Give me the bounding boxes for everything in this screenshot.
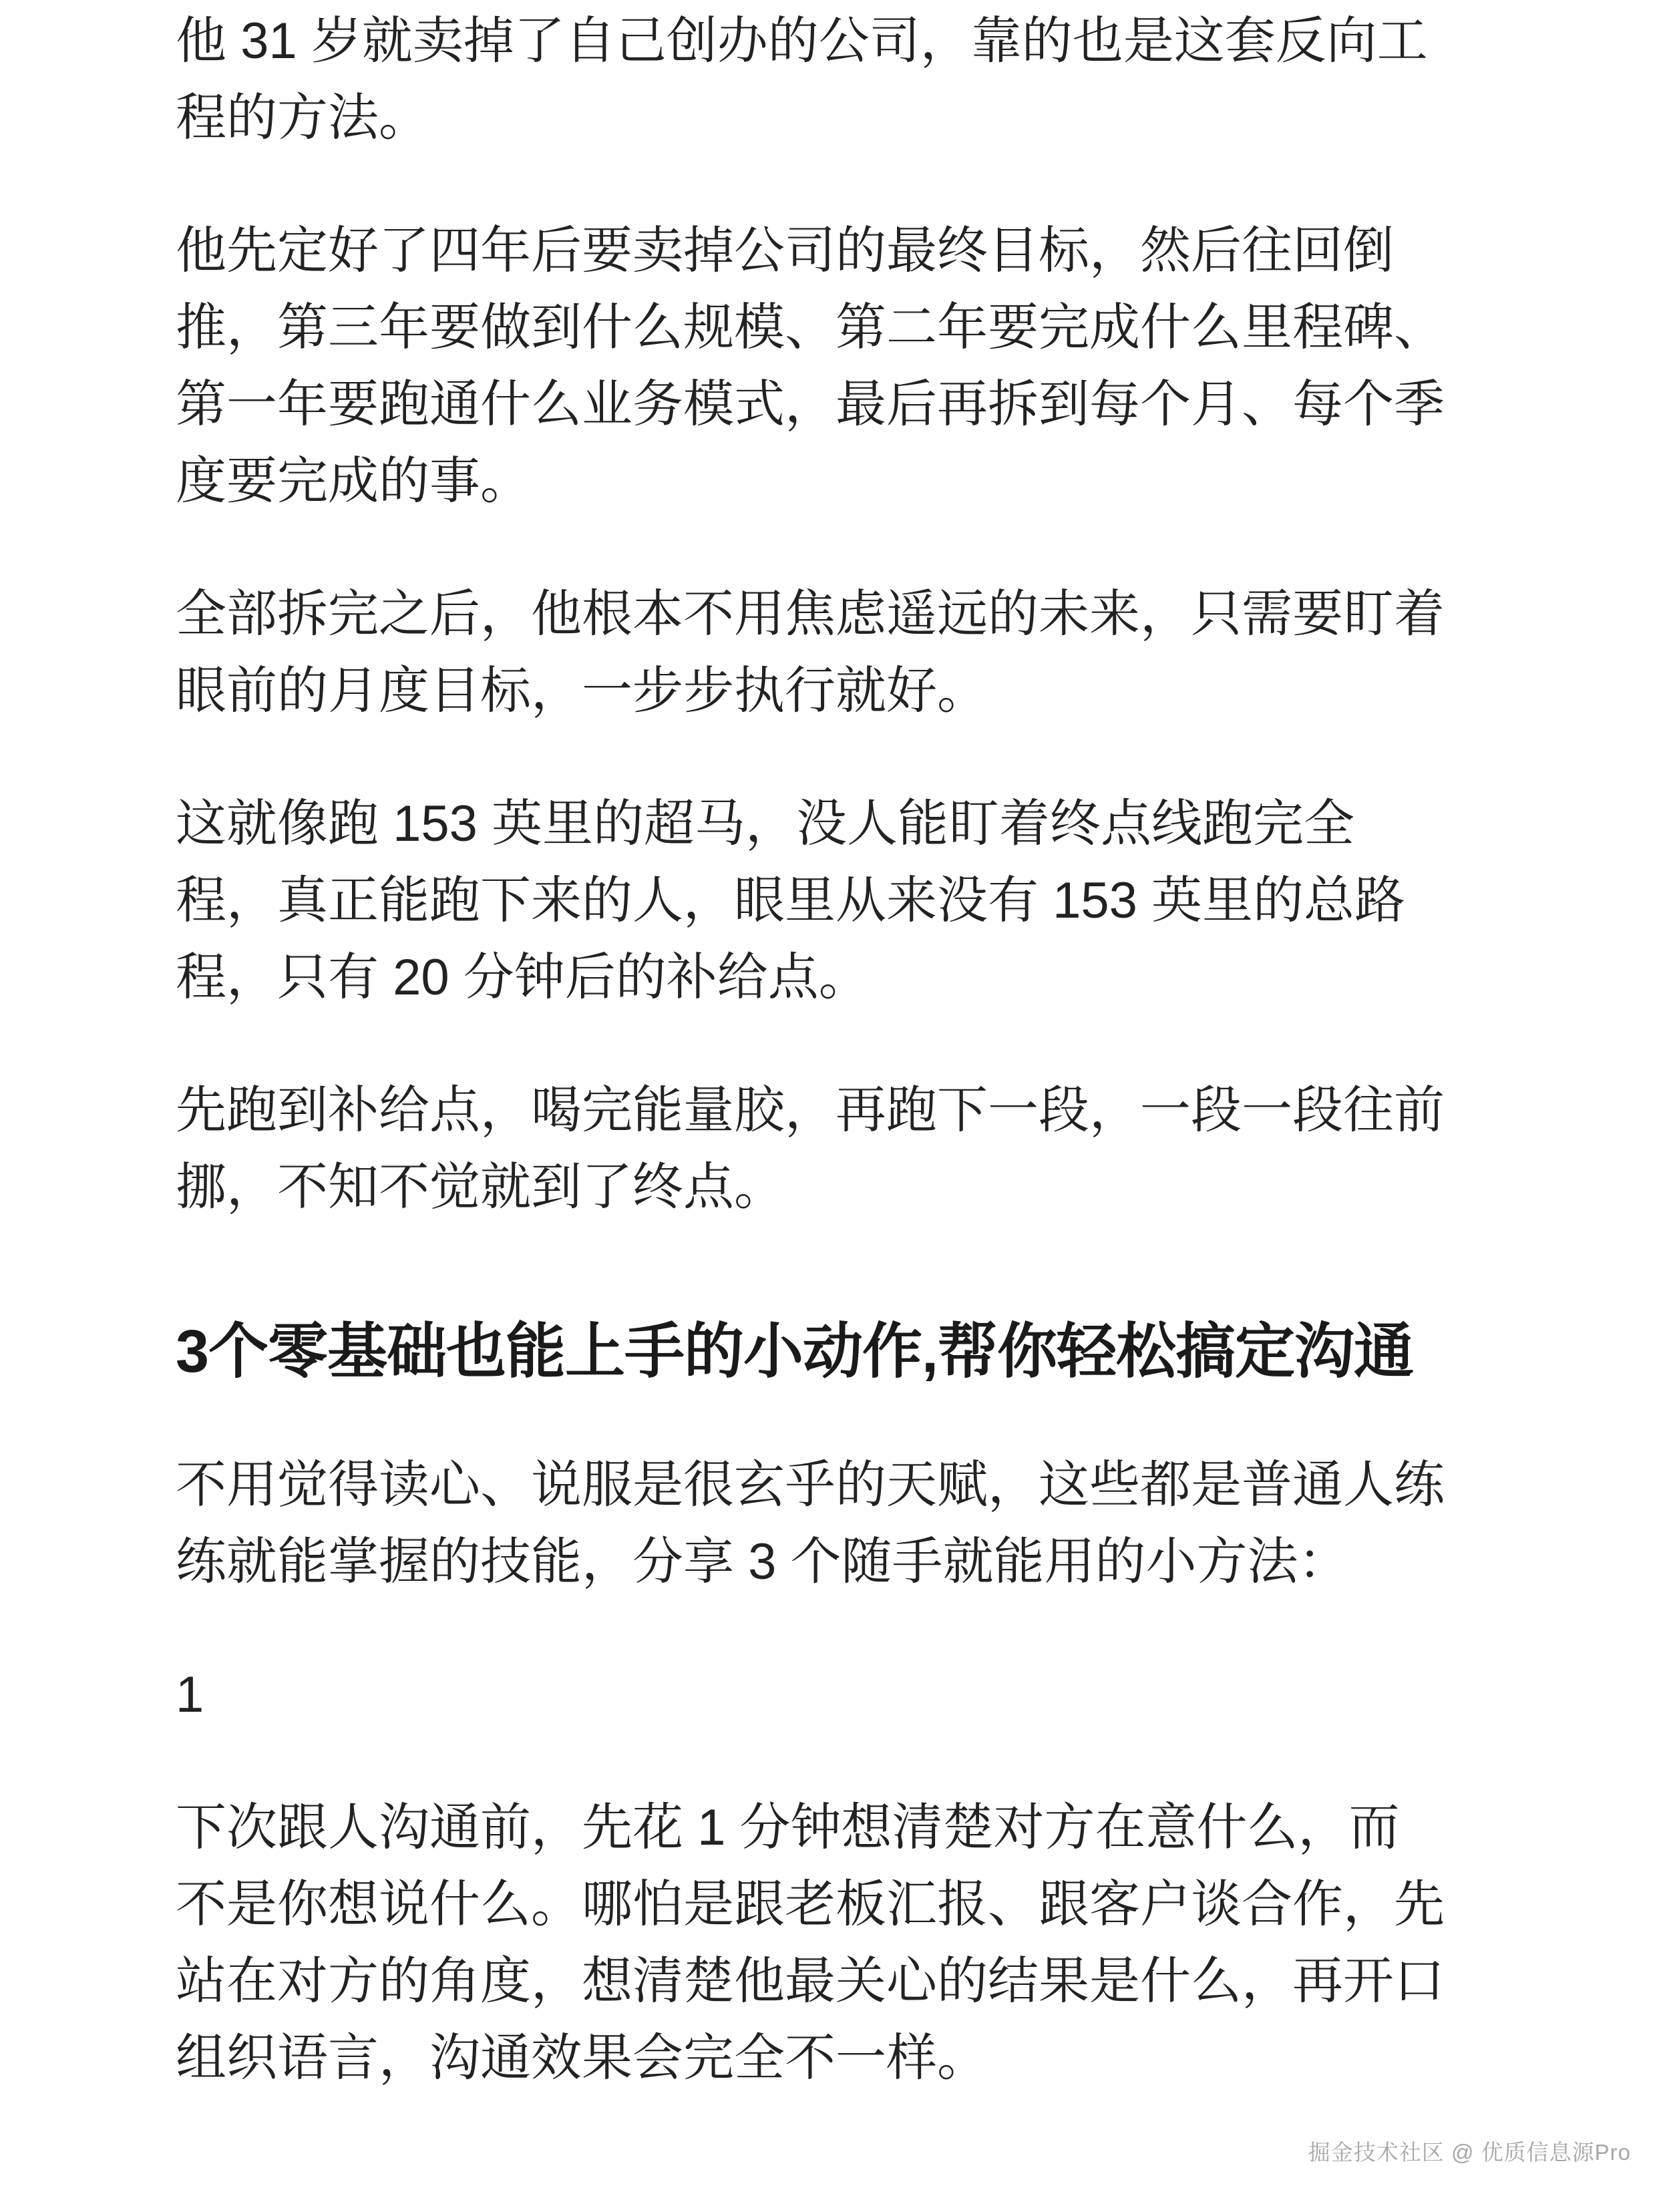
paragraph: 他 31 岁就卖掉了自己创办的公司，靠的也是这套反向工 程的方法。	[176, 3, 1565, 156]
paragraph: 下次跟人沟通前，先花 1 分钟想清楚对方在意什么，而 不是你想说什么。哪怕是跟老…	[176, 1789, 1565, 2096]
paragraph: 先跑到补给点，喝完能量胶，再跑下一段，一段一段往前 挪，不知不觉就到了终点。	[176, 1072, 1565, 1226]
paragraph: 这就像跑 153 英里的超马，没人能盯着终点线跑完全 程，真正能跑下来的人，眼里…	[176, 785, 1565, 1016]
section-heading: 3个零基础也能上手的小动作,帮你轻松搞定沟通	[176, 1319, 1565, 1385]
article-body: 他 31 岁就卖掉了自己创办的公司，靠的也是这套反向工 程的方法。 他先定好了四…	[176, 0, 1565, 2153]
watermark-text: 掘金技术社区 @ 优质信息源Pro	[1308, 2139, 1631, 2166]
paragraph: 不用觉得读心、说服是很玄乎的天赋，这些都是普通人练 练就能掌握的技能，分享 3 …	[176, 1447, 1565, 1600]
list-number-paragraph: 1	[176, 1656, 1565, 1733]
paragraph: 他先定好了四年后要卖掉公司的最终目标，然后往回倒 推，第三年要做到什么规模、第二…	[176, 212, 1565, 520]
paragraph: 全部拆完之后，他根本不用焦虑遥远的未来，只需要盯着 眼前的月度目标，一步步执行就…	[176, 576, 1565, 729]
